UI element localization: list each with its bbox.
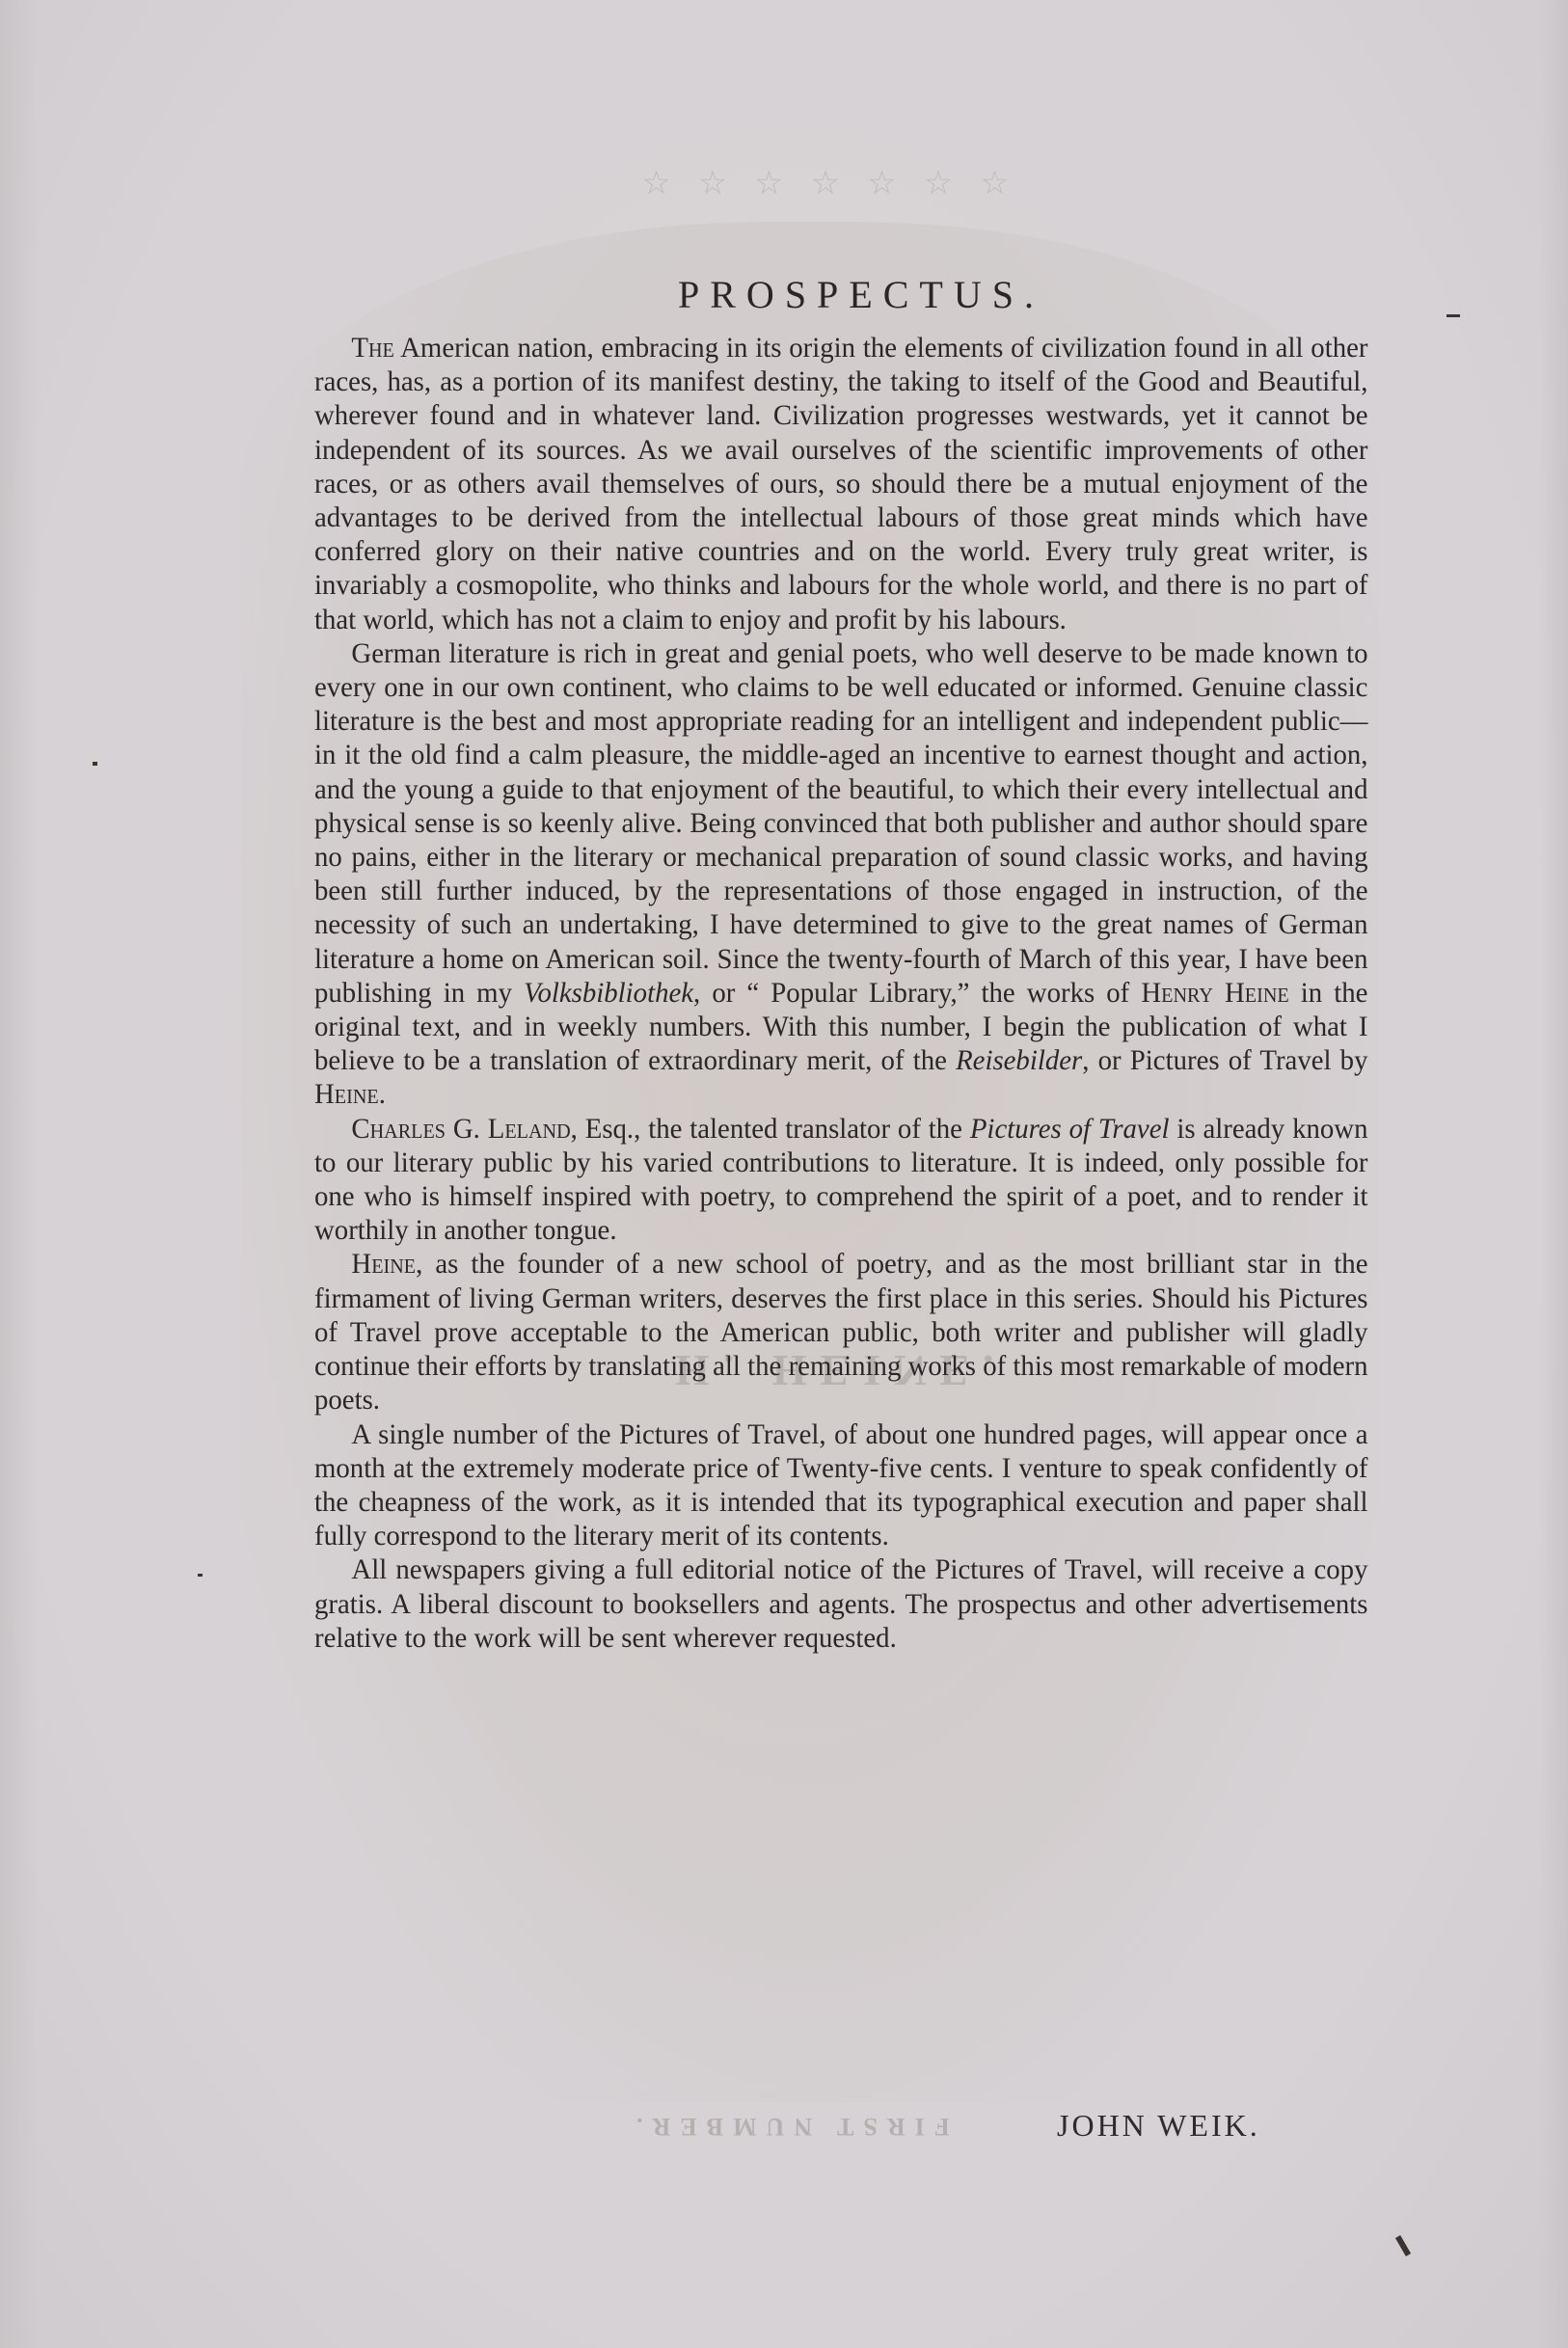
paragraph-5: A single number of the Pictures of Trave… <box>314 1417 1367 1553</box>
paragraph-text: , or Pictures of Travel by <box>1082 1044 1367 1076</box>
paragraph-text: , or “ Popular Library,” the works of <box>693 977 1141 1009</box>
paragraph-lead-smallcaps: Heine <box>351 1248 416 1280</box>
prospectus-body: PROSPECTUS. The American nation, embraci… <box>314 272 1369 1655</box>
italic-term-reisebilder: Reisebilder <box>956 1044 1082 1076</box>
paragraph-6: All newspapers giving a full editorial n… <box>314 1552 1367 1655</box>
signature: JOHN WEIK. <box>1057 2108 1260 2144</box>
ink-speck <box>1446 314 1460 317</box>
page-edge-shadow-left <box>0 0 39 2348</box>
author-name-smallcaps: Henry Heine <box>1141 977 1288 1009</box>
scanned-page: ☆☆☆☆☆☆☆ H. HEINE. FIRST NUMBER. PROSPECT… <box>0 0 1568 2348</box>
ink-speck <box>1395 2235 1411 2256</box>
paragraph-lead-smallcaps: The <box>351 332 393 364</box>
page-edge-shadow-right <box>1539 0 1568 2348</box>
ink-speck <box>93 762 97 766</box>
page-title: PROSPECTUS. <box>314 272 1369 317</box>
paragraph-3: Charles G. Leland, Esq., the talented tr… <box>314 1112 1367 1248</box>
paragraph-text: American nation, embracing in its origin… <box>314 332 1367 635</box>
paragraph-text: , Esq., the talented translator of the <box>571 1113 970 1145</box>
paragraph-text: , as the founder of a new school of poet… <box>314 1248 1367 1416</box>
paragraph-2: German literature is rich in great and g… <box>314 636 1367 1112</box>
author-name-smallcaps: Heine <box>314 1078 379 1110</box>
italic-title-pictures-of-travel: Pictures of Travel <box>970 1113 1170 1145</box>
paragraph-text: . <box>379 1078 386 1110</box>
paragraph-1: The American nation, embracing in its or… <box>314 331 1367 636</box>
paragraph-4: Heine, as the founder of a new school of… <box>314 1247 1367 1417</box>
paragraph-text: German literature is rich in great and g… <box>314 637 1367 1009</box>
ink-speck <box>198 1574 203 1577</box>
translator-name-smallcaps: Charles G. Leland <box>351 1113 570 1145</box>
bleed-through-footer-text: FIRST NUMBER. <box>627 2112 950 2141</box>
italic-term-volksbibliothek: Volksbibliothek <box>524 977 693 1009</box>
